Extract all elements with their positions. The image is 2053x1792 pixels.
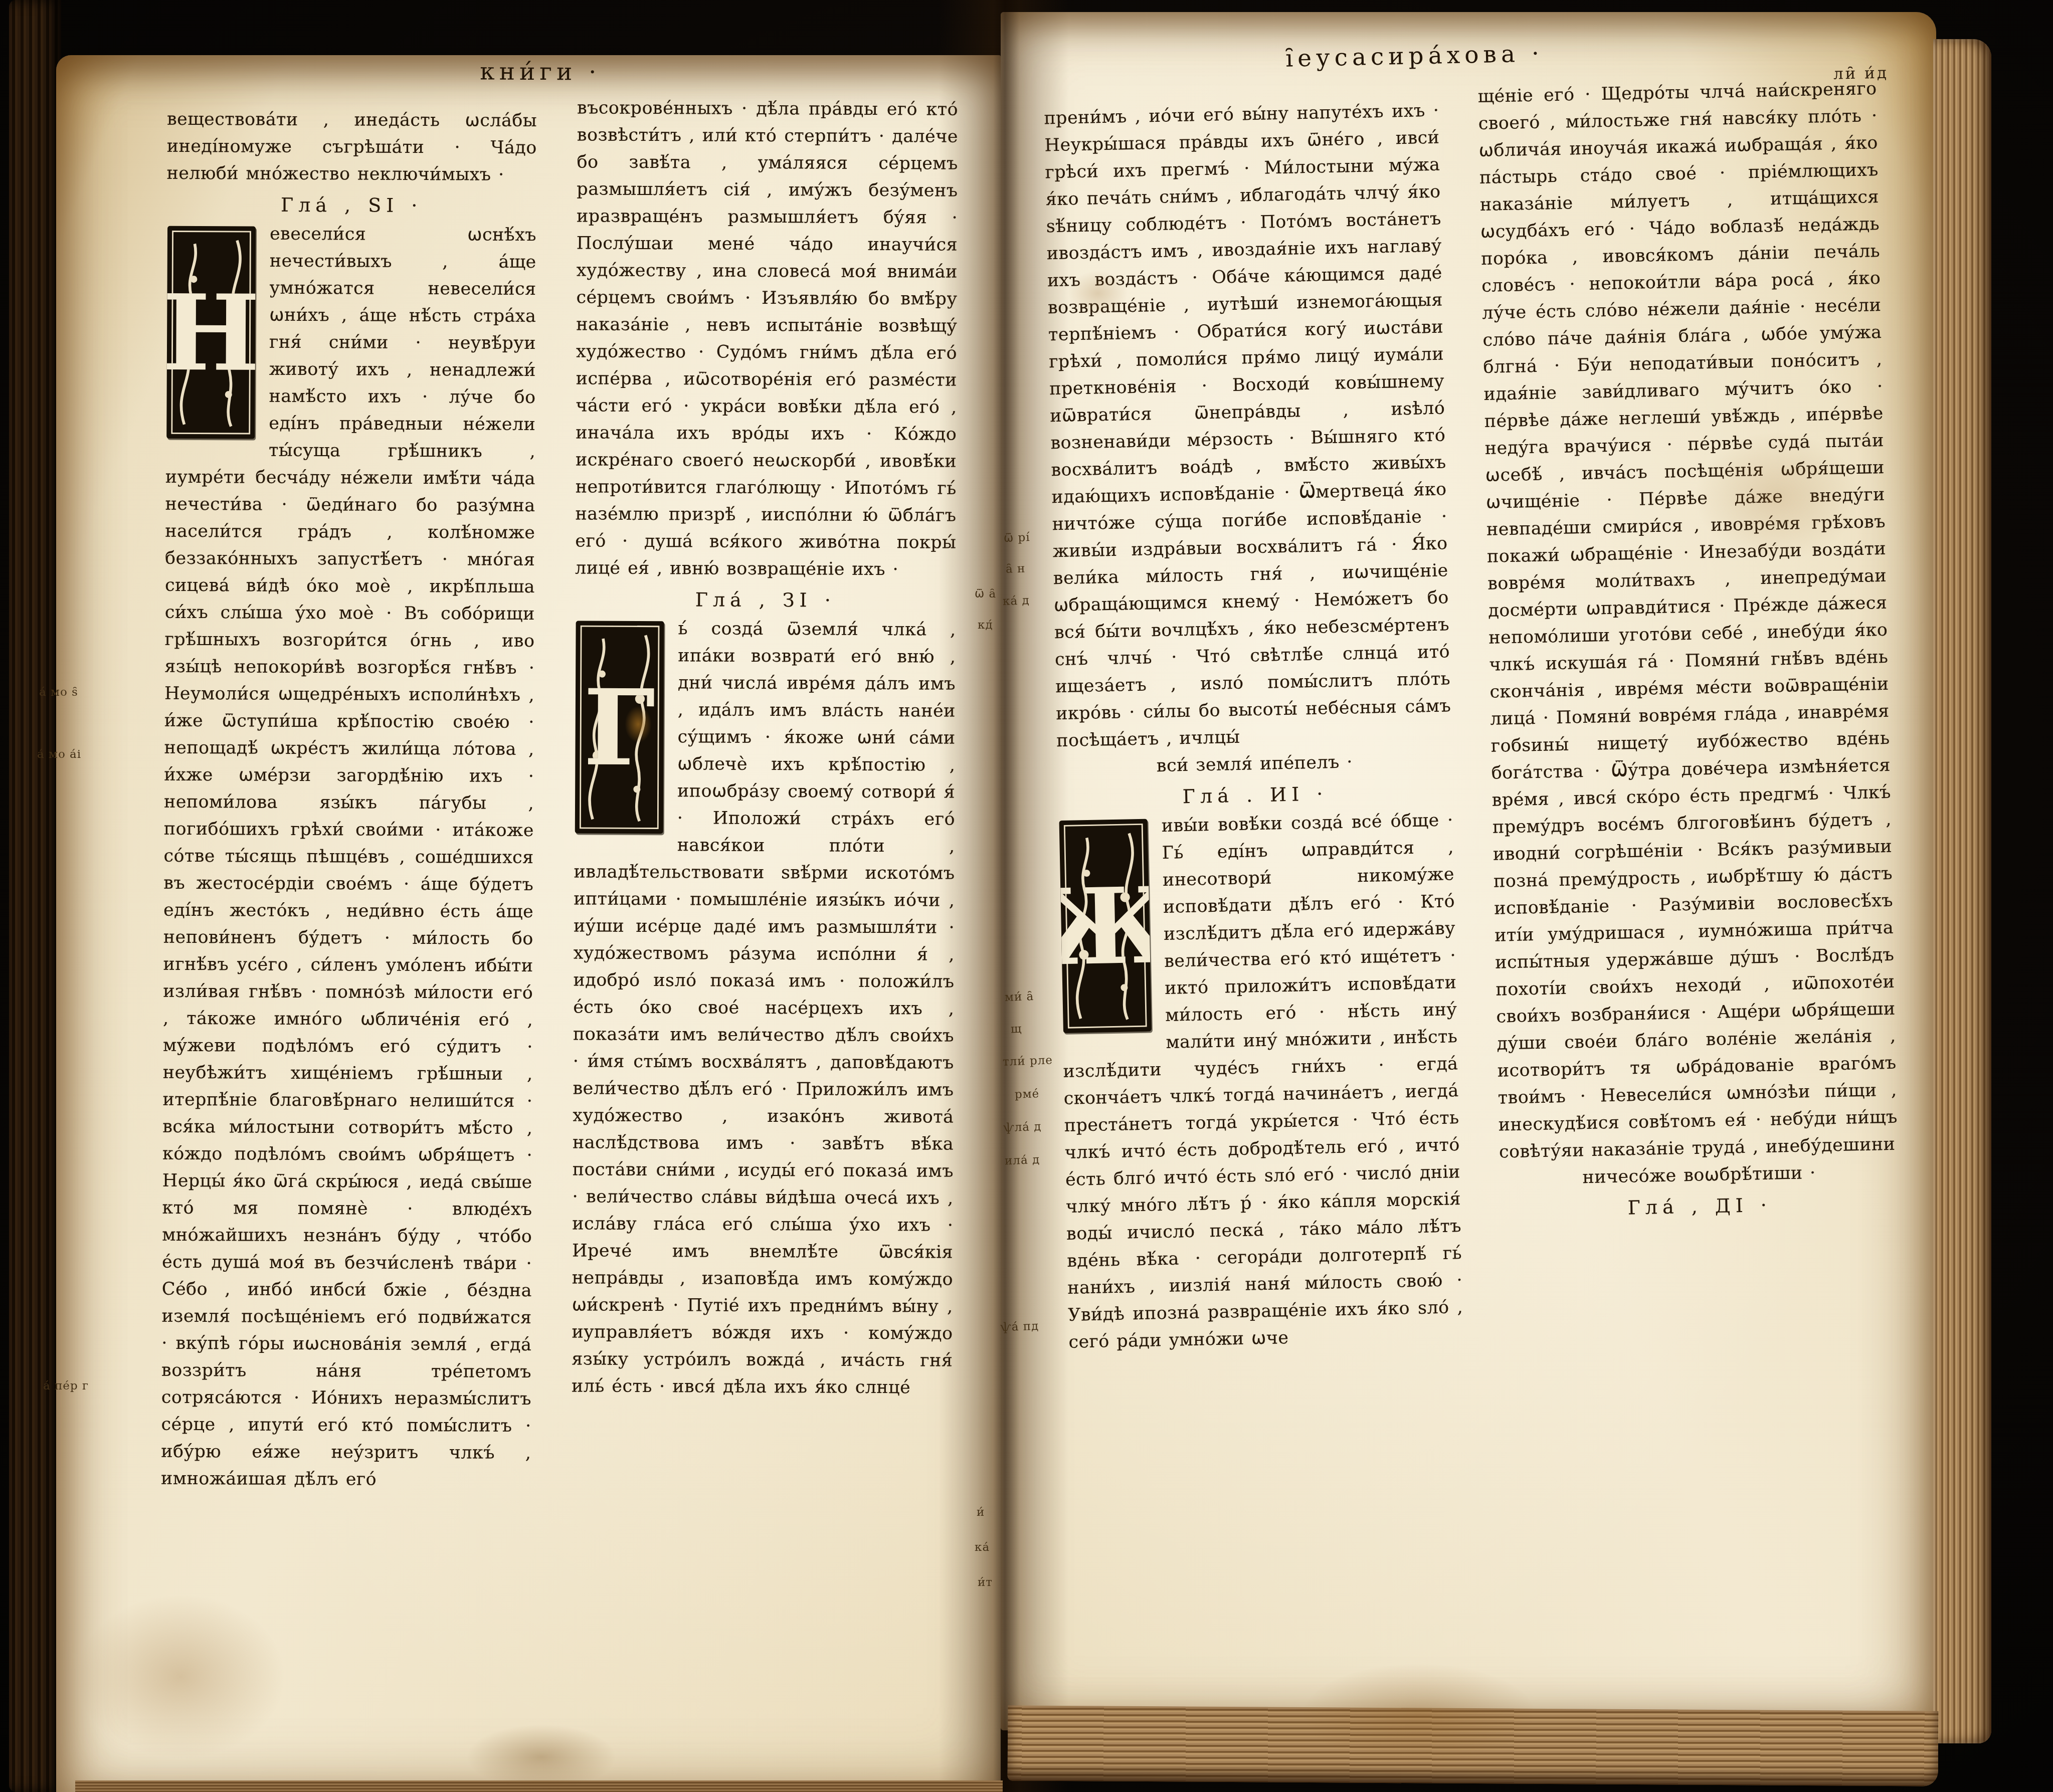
initial-woodcut-ornament: Н <box>166 226 256 439</box>
body-text-paragraph: прени́мъ , ио́чи его́ вы́ну напуте́хъ их… <box>1044 97 1452 755</box>
photo-of-open-book: кни́ги · веществова́ти , инеда́сть ѡсла́… <box>0 0 2053 1792</box>
chapter-opening-paragraph: Невесели́ся ѡснѣ́хъ нечести́выхъ , а́ще … <box>161 220 536 1494</box>
right-page-content: і̑еусасира́хова · ли̑ и́д прени́мъ , ио́… <box>994 0 1963 1736</box>
initial-woodcut-ornament: Ж <box>1059 819 1152 1033</box>
margin-note: ѿ а̑ <box>975 587 996 601</box>
running-head-right: і̑еусасира́хова · <box>1285 40 1544 72</box>
body-text-paragraph: въсокрове́нныхъ · дѣ́ла пра́вды его́ кто… <box>575 94 958 583</box>
text-column-4: ще́ніе его́ · Щедро́ты члча́ наи́скреняг… <box>1477 75 1907 1597</box>
svg-text:Н: Н <box>166 272 256 395</box>
decorated-initial-Ж: Ж <box>1059 819 1152 1033</box>
svg-text:Г: Г <box>583 667 656 789</box>
bottom-page-stack <box>1008 1705 1939 1786</box>
chapter-heading: Гла́ , ЅІ · <box>166 187 536 222</box>
body-text-paragraph: ще́ніе его́ · Щедро́ты члча́ наи́скреняг… <box>1477 75 1898 1166</box>
margin-note: а́ мо а́і <box>37 748 81 761</box>
chapter-opening-paragraph: Живы́и вовѣ́ки созда́ все́ о́бще · Гь́ е… <box>1058 807 1464 1356</box>
margin-note: кд́ <box>978 619 993 632</box>
margin-note: и́ <box>977 1506 985 1519</box>
chapter-opening-paragraph: Гь́ созда́ ѿземля́ члка́ , ипа́ки возвра… <box>572 615 956 1401</box>
left-page: кни́ги · веществова́ти , инеда́сть ѡсла́… <box>56 55 1001 1792</box>
margin-note: и́т <box>978 1576 993 1589</box>
margin-note: ѱа́ пд <box>1001 1320 1039 1334</box>
initial-woodcut-ornament: Г <box>575 621 664 834</box>
right-page: і̑еусасира́хова · ли̑ и́д прени́мъ , ио́… <box>1001 12 1936 1730</box>
running-head-left: кни́ги · <box>480 58 601 86</box>
margin-note: а́ пе́р г <box>43 1379 89 1392</box>
margin-note: ѱла́ д <box>1004 1120 1042 1135</box>
margin-note: щ <box>1011 1023 1022 1036</box>
body-text-paragraph: веществова́ти , инеда́сть ѡсла́бы инеді́… <box>166 106 537 188</box>
margin-note: ка́ д <box>1003 594 1030 608</box>
margin-note: ѿ рі́ <box>1004 531 1031 545</box>
margin-note: ила́ д <box>1005 1153 1040 1167</box>
bottom-page-stack-left <box>75 1780 1003 1792</box>
chapter-heading: Гла́ , ЗІ · <box>575 581 956 616</box>
text-column-1: веществова́ти , инеда́сть ѡсла́бы инеді́… <box>160 106 537 1736</box>
left-page-content: кни́ги · веществова́ти , инеда́сть ѡсла́… <box>52 53 1004 1792</box>
margin-note: ми́ а̑ <box>1005 990 1034 1004</box>
margin-note: тли́ рле <box>1003 1054 1053 1068</box>
margin-note: рме́ <box>1015 1087 1040 1101</box>
margin-note: ка́ <box>975 1541 990 1554</box>
decorated-initial-Г: Г <box>575 621 664 834</box>
decorated-initial-Н: Н <box>166 226 256 439</box>
text-column-3: прени́мъ , ио́чи его́ вы́ну напуте́хъ их… <box>1044 97 1469 1624</box>
margin-note: а̑ н <box>1006 562 1026 575</box>
svg-text:Ж: Ж <box>1059 864 1152 989</box>
fore-edge-page-stack <box>1933 39 1991 1743</box>
margin-note: а́ мо ѕ̑ <box>39 686 78 699</box>
text-column-2: въсокрове́нныхъ · дѣ́ла пра́вды его́ кто… <box>570 94 958 1740</box>
